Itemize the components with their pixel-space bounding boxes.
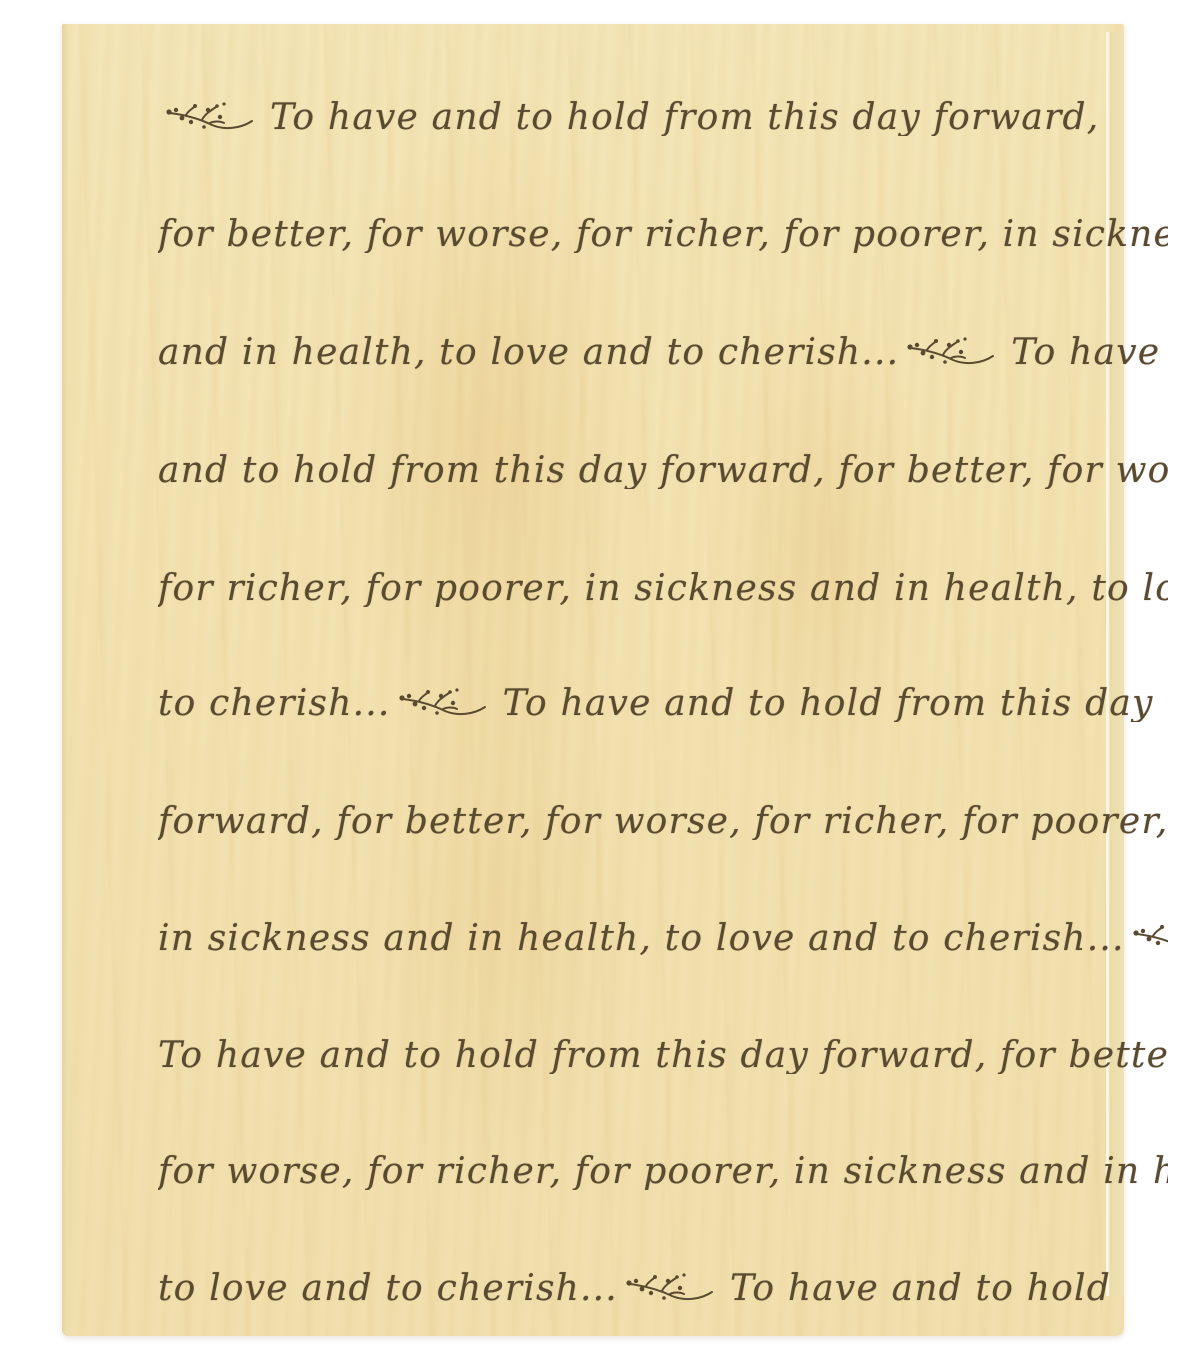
line-text-pre: to cherish...	[158, 686, 391, 722]
line-text-pre: for worse, for richer, for poorer, in si…	[158, 1154, 1168, 1190]
line-text-pre: and in health, to love and to cherish...	[158, 335, 899, 371]
stamp-text-line: To have and to hold from this day forwar…	[158, 100, 1168, 136]
line-text-post: To have and to hold from this day	[503, 686, 1154, 722]
line-text-post: To have	[1011, 335, 1160, 371]
stamp-text-line: for worse, for richer, for poorer, in si…	[158, 1154, 1168, 1190]
line-text-post: To have and to hold	[730, 1271, 1111, 1307]
line-text-pre: forward, for better, for worse, for rich…	[158, 804, 1168, 840]
stamp-text-line: to cherish...To have and to hold from th…	[158, 686, 1168, 722]
floral-sprig-icon	[1131, 922, 1168, 952]
stamp-text-line: to love and to cherish...To have and to …	[158, 1271, 1168, 1307]
line-text-pre: to love and to cherish...	[158, 1271, 618, 1307]
stamp-text-line: and in health, to love and to cherish...…	[158, 335, 1168, 371]
floral-sprig-icon	[164, 101, 256, 131]
line-text-pre: in sickness and in health, to love and t…	[158, 921, 1125, 957]
stamp-text-line: for richer, for poorer, in sickness and …	[158, 571, 1168, 607]
stamp-text-line: for better, for worse, for richer, for p…	[158, 217, 1168, 253]
line-text-post: To have and to hold from this day forwar…	[270, 100, 1099, 136]
floral-sprig-icon	[397, 687, 489, 717]
stamp-text-line: To have and to hold from this day forwar…	[158, 1038, 1168, 1074]
line-text-pre: and to hold from this day forward, for b…	[158, 453, 1168, 489]
stamp-text-line: in sickness and in health, to love and t…	[158, 921, 1168, 957]
stamp-text-line: and to hold from this day forward, for b…	[158, 453, 1168, 489]
stamp-text-line: forward, for better, for worse, for rich…	[158, 804, 1168, 840]
line-text-pre: for better, for worse, for richer, for p…	[158, 217, 1168, 253]
floral-sprig-icon	[624, 1272, 716, 1302]
line-text-pre: To have and to hold from this day forwar…	[158, 1038, 1168, 1074]
wooden-stamp-block: To have and to hold from this day forwar…	[62, 24, 1124, 1336]
floral-sprig-icon	[905, 336, 997, 366]
line-text-pre: for richer, for poorer, in sickness and …	[158, 571, 1168, 607]
